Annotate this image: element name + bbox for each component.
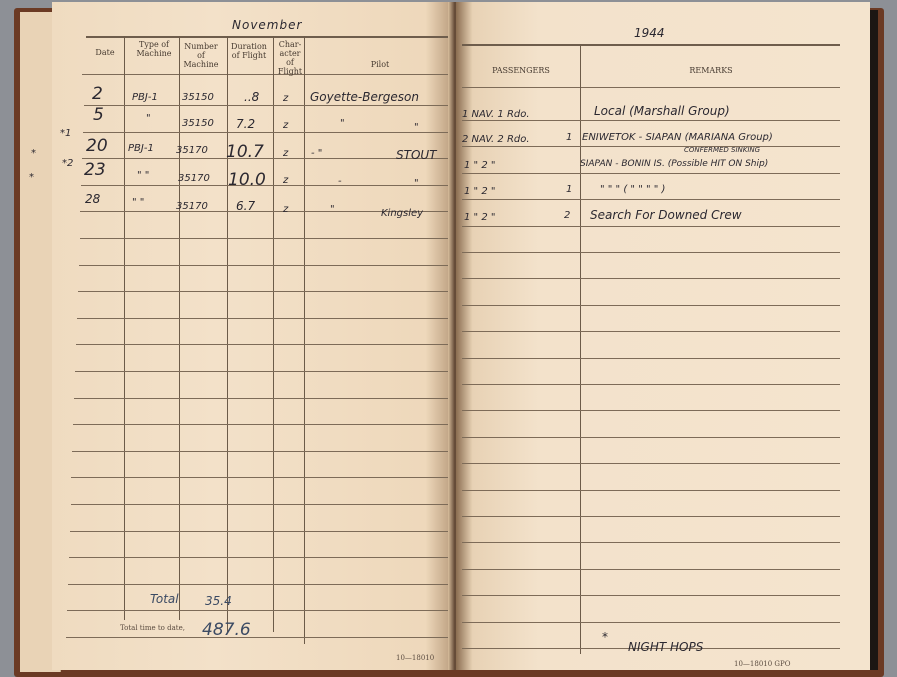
row-rule — [462, 146, 840, 147]
margin-asterisk: * — [29, 172, 34, 183]
header-top-rule — [86, 36, 456, 38]
cell-duration: ..8 — [244, 90, 259, 104]
cell-remarks: " " " ( " " " " ) — [600, 184, 665, 195]
cell-passengers: 2 NAV. 2 Rdo. — [462, 134, 530, 145]
form-number-right: 10—18010 GPO — [734, 660, 790, 668]
row-rule — [70, 531, 452, 532]
cell-type: " — [146, 113, 151, 124]
row-rule — [462, 437, 840, 438]
row-rule — [77, 318, 452, 319]
cell-date: 20 — [86, 136, 108, 156]
col-divider — [304, 36, 305, 644]
cell-duration: 7.2 — [236, 117, 255, 131]
cell-remarks: Search For Downed Crew — [590, 208, 742, 222]
header-character-of-flight: Char-acter of Flight — [275, 40, 305, 76]
row-rule — [462, 358, 840, 359]
row-rule — [462, 516, 840, 517]
row-rule — [462, 120, 840, 121]
cell-pilot-2: " — [414, 178, 419, 189]
row-rule — [67, 610, 452, 611]
cell-passengers: 1 " 2 " — [464, 160, 495, 171]
month-heading: November — [232, 18, 302, 32]
col-divider — [273, 36, 274, 632]
row-rule — [462, 331, 840, 332]
row-rule — [462, 463, 840, 464]
row-rule — [462, 490, 840, 491]
total-to-date-value: 487.6 — [202, 620, 251, 640]
col-divider — [580, 46, 581, 654]
cell-character: z — [283, 120, 288, 131]
cell-passengers: 1 " 2 " — [464, 186, 495, 197]
row-rule — [462, 278, 840, 279]
row-rule — [462, 542, 840, 543]
header-date: Date — [88, 48, 122, 57]
row-rule — [462, 305, 840, 306]
cell-date: 5 — [93, 105, 104, 125]
total-label: Total — [150, 592, 179, 606]
row-rule — [83, 132, 452, 133]
total-to-date-label: Total time to date, — [120, 624, 185, 632]
row-rule — [462, 595, 840, 596]
margin-asterisk: * — [31, 148, 36, 159]
cell-number: 35150 — [182, 118, 214, 129]
row-rule — [462, 199, 840, 200]
row-rule — [73, 424, 452, 425]
row-rule — [72, 451, 452, 452]
cell-number: 35170 — [176, 145, 208, 156]
row-rule — [71, 477, 452, 478]
header-top-rule — [462, 44, 840, 46]
header-type-of-machine: Type of Machine — [134, 40, 174, 58]
cell-type: PBJ-1 — [128, 143, 154, 154]
cell-pilot: - — [338, 176, 342, 187]
row-rule — [462, 384, 840, 385]
row-marker: *1 — [60, 128, 71, 139]
row-rule — [68, 584, 452, 585]
cell-number: 35170 — [176, 201, 208, 212]
footnote-asterisk: * — [602, 630, 608, 644]
cell-passengers: 1 " 2 " — [464, 212, 495, 223]
cell-passengers: 1 NAV. 1 Rdo. — [462, 109, 530, 120]
row-rule — [462, 410, 840, 411]
row-rule — [462, 173, 840, 174]
row-rule — [462, 569, 840, 570]
cell-remarks: ENIWETOK - SIAPAN (MARIANA Group) — [582, 132, 773, 143]
row-rule — [79, 265, 452, 266]
header-passengers: PASSENGERS — [462, 66, 580, 75]
cell-annotation: CONFERMED SINKING — [684, 146, 760, 154]
cell-pilot-2: " — [414, 122, 419, 133]
cell-character: z — [283, 175, 288, 186]
year-heading: 1944 — [634, 26, 665, 40]
row-rule — [66, 637, 452, 638]
row-rule — [74, 398, 452, 399]
right-page — [456, 2, 870, 670]
cell-passenger-count: 1 — [566, 184, 572, 195]
header-duration-of-flight: Duration of Flight — [228, 42, 270, 60]
header-bottom-rule — [462, 87, 840, 88]
cell-character: z — [283, 204, 288, 215]
cell-number: 35170 — [178, 173, 210, 184]
cell-type: PBJ-1 — [132, 92, 158, 103]
page-edge-shadow — [870, 10, 878, 670]
row-rule — [80, 238, 453, 239]
cell-type: " " — [132, 197, 144, 208]
cell-number: 35150 — [182, 92, 214, 103]
header-pilot: Pilot — [310, 60, 450, 69]
header-bottom-rule — [82, 74, 456, 75]
header-remarks: REMARKS — [582, 66, 840, 75]
row-rule — [462, 252, 840, 253]
cell-duration: 6.7 — [236, 199, 255, 213]
cell-passenger-count: 2 — [564, 210, 570, 221]
cell-remarks: SIAPAN - BONIN IS. (Possible HIT ON Ship… — [580, 159, 768, 169]
cell-pilot-2: Kingsley — [381, 208, 423, 219]
cell-date: 28 — [85, 192, 100, 206]
col-divider — [124, 36, 125, 620]
row-rule — [71, 504, 453, 505]
col-divider — [179, 36, 180, 620]
col-divider — [227, 36, 228, 632]
cell-character: z — [283, 148, 288, 159]
cell-pilot: " — [330, 204, 335, 215]
row-marker: *2 — [62, 158, 73, 169]
cell-date: 2 — [92, 84, 103, 104]
cell-type: " " — [137, 170, 149, 181]
footnote-text: NIGHT HOPS — [628, 640, 703, 654]
cell-pilot: - " — [311, 148, 322, 159]
row-rule — [69, 557, 452, 558]
row-rule — [84, 105, 452, 106]
cell-passenger-count: 1 — [566, 132, 572, 143]
cell-remarks: Local (Marshall Group) — [594, 104, 730, 118]
cell-date: 23 — [84, 160, 106, 180]
row-rule — [81, 185, 452, 186]
cell-duration: 10.0 — [228, 170, 266, 190]
row-rule — [75, 371, 452, 372]
row-rule — [78, 291, 452, 292]
cell-character: z — [283, 93, 288, 104]
total-value: 35.4 — [205, 594, 232, 608]
form-number-left: 10—18010 — [396, 654, 434, 662]
cell-pilot-2: STOUT — [396, 148, 437, 162]
row-rule — [462, 622, 840, 623]
cell-pilot: " — [340, 118, 345, 129]
row-rule — [76, 344, 452, 345]
header-number-of-machine: Number of Machine — [180, 42, 222, 69]
cell-duration: 10.7 — [226, 142, 264, 162]
cell-pilot: Goyette-Bergeson — [310, 90, 419, 104]
row-rule — [462, 226, 840, 227]
